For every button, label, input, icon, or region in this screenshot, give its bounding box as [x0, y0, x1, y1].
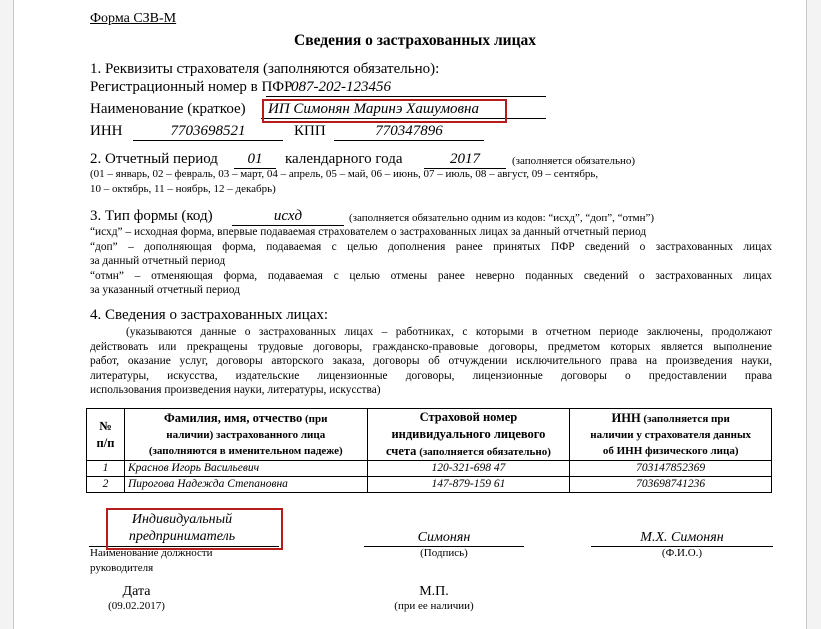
section4-desc-line: работ, оказание услуг, договоры авторско… [90, 354, 772, 369]
insured-persons-table: № п/п Фамилия, имя, отчество (при наличи… [86, 408, 772, 493]
form-type-desc-line: “отмн” – отменяющая форма, подаваемая с … [90, 269, 772, 284]
section4-desc-line: использования произведения науки, литера… [90, 383, 772, 398]
cell-inn[interactable]: 703698741236 [570, 477, 772, 493]
reg-number-underline [266, 96, 546, 97]
form-type-desc-line: за указанный отчетный период [90, 283, 772, 298]
kpp-underline [334, 140, 484, 141]
cell-number: 2 [87, 477, 125, 493]
name-label: Наименование (краткое) [90, 101, 246, 118]
months-legend-line1: (01 – январь, 02 – февраль, 03 – март, 0… [90, 168, 598, 180]
kpp-field[interactable]: 770347896 [334, 123, 484, 140]
cell-snils[interactable]: 120-321-698 47 [367, 461, 570, 477]
cell-fio[interactable]: Пирогова Надежда Степановна [124, 477, 367, 493]
period-field[interactable]: 01 [234, 151, 276, 168]
position-caption-line2: руководителя [90, 562, 153, 574]
col-header-number: № п/п [87, 409, 125, 461]
table-header-row: № п/п Фамилия, имя, отчество (при наличи… [87, 409, 772, 461]
months-legend-line2: 10 – октябрь, 11 – ноябрь, 12 – декабрь) [90, 183, 276, 195]
stamp-label: М.П. [374, 584, 494, 600]
form-type-note: (заполняется обязательно одним из кодов:… [349, 212, 654, 224]
date-label: Дата [94, 584, 179, 600]
section4-desc-line: литературы, искусства, издательские лице… [90, 369, 772, 384]
signature-field[interactable]: Симонян [364, 530, 524, 546]
form-type-field[interactable]: исхд [232, 208, 344, 225]
period-note: (заполняется обязательно) [512, 155, 635, 167]
fio-field[interactable]: М.Х. Симонян [591, 530, 773, 546]
year-field[interactable]: 2017 [424, 151, 506, 168]
date-value: (09.02.2017) [94, 600, 179, 612]
col-header-snils: Страховой номер индивидуального лицевого… [367, 409, 570, 461]
section1-heading: 1. Реквизиты страхователя (заполняются о… [90, 61, 439, 78]
reg-number-label: Регистрационный номер в ПФР [90, 79, 293, 96]
section4-heading: 4. Сведения о застрахованных лицах: [90, 307, 328, 324]
inn-underline [133, 140, 283, 141]
form-type-descriptions: “исхд” – исходная форма, впервые подавае… [90, 225, 772, 298]
cell-inn[interactable]: 703147852369 [570, 461, 772, 477]
section4-description: (указываются данные о застрахованных лиц… [90, 325, 772, 398]
form-label: Форма СЗВ-М [90, 11, 176, 27]
cell-fio[interactable]: Краснов Игорь Васильевич [124, 461, 367, 477]
page-title: Сведения о застрахованных лицах [294, 32, 536, 50]
position-caption-line1: Наименование должности [90, 547, 213, 559]
form-type-desc-line: “исхд” – исходная форма, впервые подавае… [90, 225, 772, 240]
col-header-fio: Фамилия, имя, отчество (при наличии) зас… [124, 409, 367, 461]
year-label: календарного года [285, 151, 403, 168]
section4-desc-line: (указываются данные о застрахованных лиц… [90, 325, 772, 340]
fio-caption: (Ф.И.О.) [591, 547, 773, 559]
inn-label: ИНН [90, 123, 123, 140]
document-page: Форма СЗВ-М Сведения о застрахованных ли… [13, 0, 807, 629]
section4-desc-line: действовать или прекращены трудовые дого… [90, 340, 772, 355]
kpp-label: КПП [294, 123, 326, 140]
signature-caption: (Подпись) [364, 547, 524, 559]
form-type-desc-line: “доп” – дополняющая форма, подаваемая с … [90, 240, 772, 255]
form-type-label: 3. Тип формы (код) [90, 208, 213, 225]
stamp-note: (при ее наличии) [374, 600, 494, 612]
inn-field[interactable]: 7703698521 [133, 123, 283, 140]
cell-number: 1 [87, 461, 125, 477]
reg-number-field[interactable]: 087-202-123456 [266, 79, 416, 96]
cell-snils[interactable]: 147-879-159 61 [367, 477, 570, 493]
highlight-box-name [262, 99, 507, 123]
table-row: 1 Краснов Игорь Васильевич 120-321-698 4… [87, 461, 772, 477]
col-header-inn: ИНН (заполняется при наличии у страховат… [570, 409, 772, 461]
highlight-box-position [106, 508, 283, 550]
form-type-desc-line: за данный отчетный период [90, 254, 772, 269]
table-row: 2 Пирогова Надежда Степановна 147-879-15… [87, 477, 772, 493]
period-label: 2. Отчетный период [90, 151, 218, 168]
